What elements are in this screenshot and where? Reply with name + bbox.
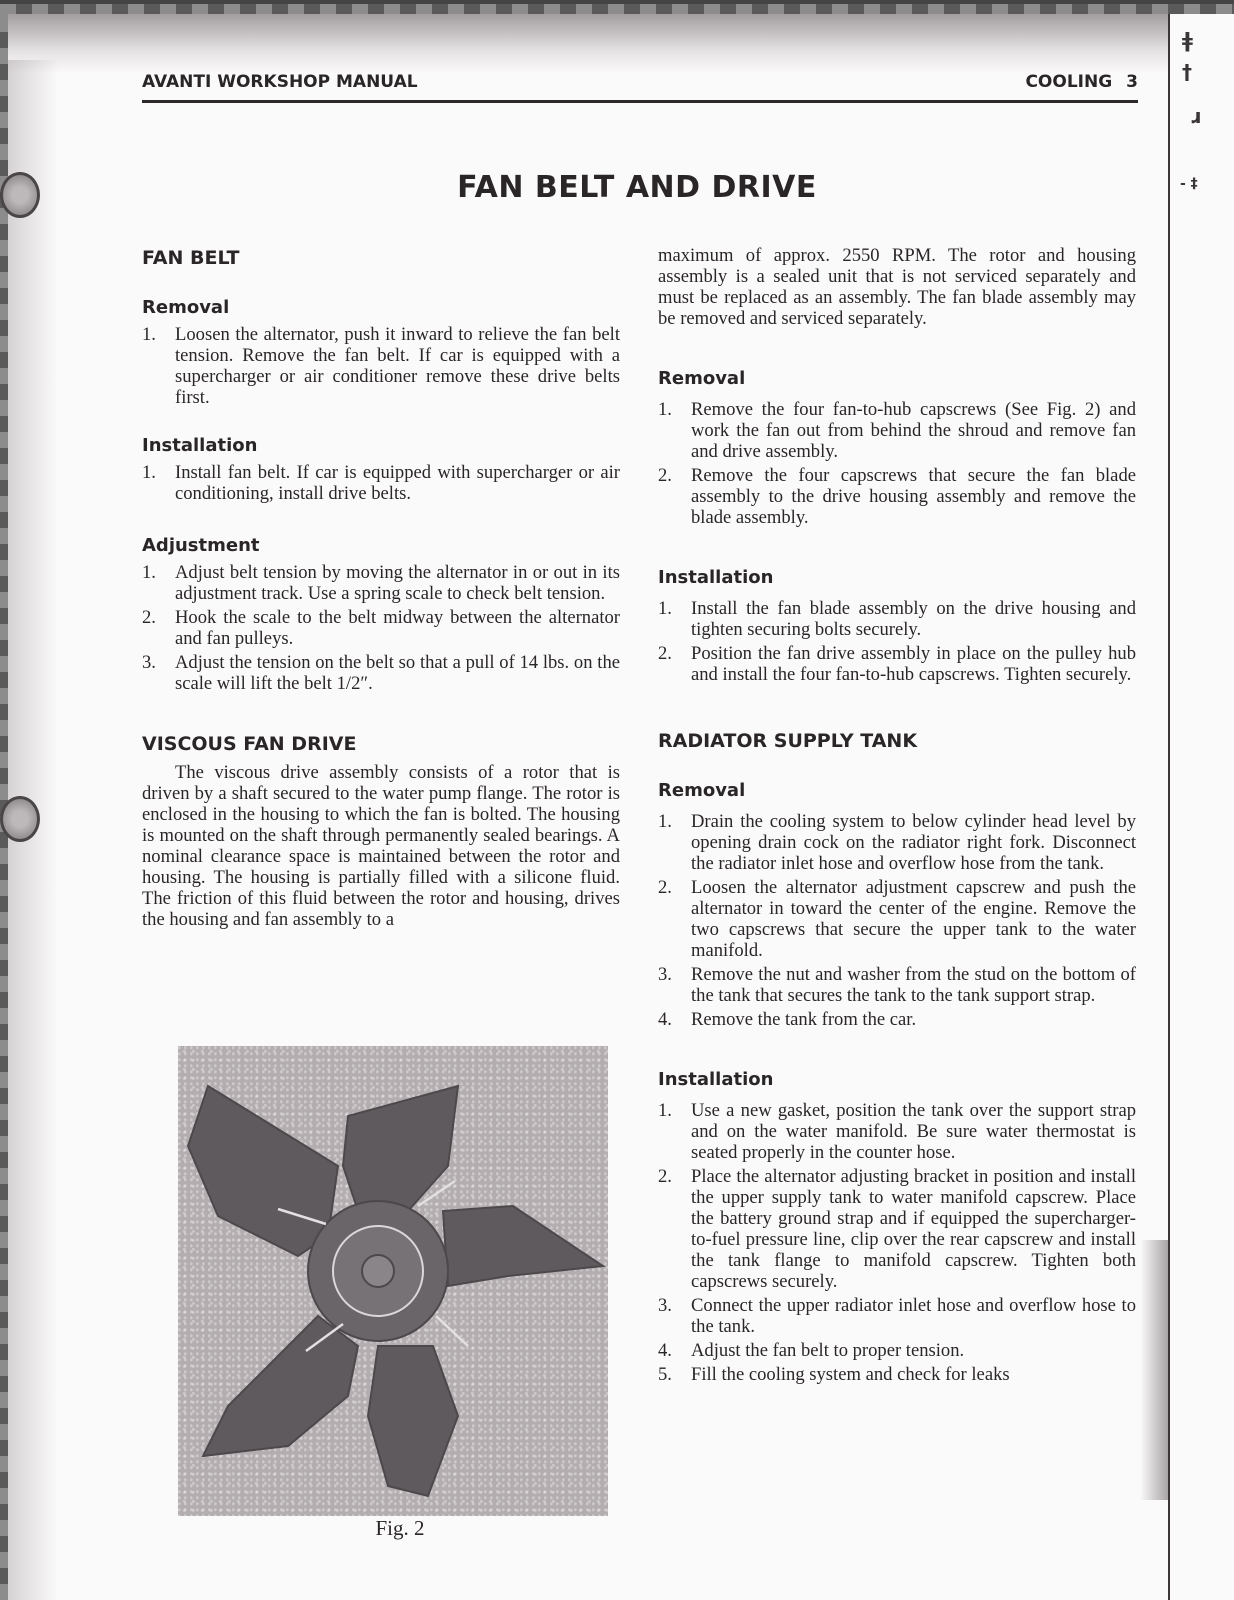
step-item: 1.Install the fan blade assembly on the …	[658, 598, 1136, 640]
manual-title: AVANTI WORKSHOP MANUAL	[142, 72, 418, 92]
margin-mark-icon: ǂ	[1182, 28, 1193, 52]
page-edge-margin	[1168, 14, 1234, 1600]
fan-belt-removal-steps: 1.Loosen the alternator, push it inward …	[142, 324, 620, 408]
step-item: 2.Remove the four capscrews that secure …	[658, 465, 1136, 528]
right-column: maximum of approx. 2550 RPM. The rotor a…	[658, 245, 1136, 1388]
fan-removal-steps: 1.Remove the four fan-to-hub capscrews (…	[658, 399, 1136, 528]
section-heading-viscous-fan-drive: VISCOUS FAN DRIVE	[142, 732, 620, 756]
subheading-fan-belt-adjustment: Adjustment	[142, 534, 620, 558]
margin-mark-icon: ɹ	[1190, 104, 1201, 128]
page-edge-shadow	[1140, 1240, 1168, 1500]
step-item: 3.Adjust the tension on the belt so that…	[142, 652, 620, 694]
step-item: 1.Adjust belt tension by moving the alte…	[142, 562, 620, 604]
scan-noise-top	[8, 14, 1168, 74]
viscous-fan-drive-description: The viscous drive assembly consists of a…	[142, 762, 620, 930]
step-item: 1.Use a new gasket, position the tank ov…	[658, 1100, 1136, 1163]
viscous-fan-drive-continuation: maximum of approx. 2550 RPM. The rotor a…	[658, 245, 1136, 329]
section-heading-fan-belt: FAN BELT	[142, 246, 620, 270]
punch-hole-icon	[0, 796, 40, 842]
subheading-tank-removal: Removal	[658, 779, 1136, 803]
page-number: 3	[1126, 72, 1138, 92]
step-item: 2.Hook the scale to the belt midway betw…	[142, 607, 620, 649]
step-item: 3.Remove the nut and washer from the stu…	[658, 964, 1136, 1006]
subheading-fan-belt-removal: Removal	[142, 296, 620, 320]
step-item: 5.Fill the cooling system and check for …	[658, 1364, 1136, 1385]
step-item: 1.Loosen the alternator, push it inward …	[142, 324, 620, 408]
figure-caption: Fig. 2	[340, 1516, 460, 1541]
fan-installation-steps: 1.Install the fan blade assembly on the …	[658, 598, 1136, 685]
tank-installation-steps: 1.Use a new gasket, position the tank ov…	[658, 1100, 1136, 1385]
tank-removal-steps: 1.Drain the cooling system to below cyli…	[658, 811, 1136, 1030]
subheading-fan-removal: Removal	[658, 367, 1136, 391]
step-item: 1.Install fan belt. If car is equipped w…	[142, 462, 620, 504]
step-item: 4.Remove the tank from the car.	[658, 1009, 1136, 1030]
margin-mark-icon: †	[1182, 60, 1192, 84]
step-item: 1.Remove the four fan-to-hub capscrews (…	[658, 399, 1136, 462]
step-item: 4.Adjust the fan belt to proper tension.	[658, 1340, 1136, 1361]
step-item: 2.Position the fan drive assembly in pla…	[658, 643, 1136, 685]
step-item: 2.Loosen the alternator adjustment capsc…	[658, 877, 1136, 961]
fan-belt-adjustment-steps: 1.Adjust belt tension by moving the alte…	[142, 562, 620, 694]
subheading-fan-installation: Installation	[658, 566, 1136, 590]
chapter-name: COOLING	[1025, 72, 1112, 92]
subheading-tank-installation: Installation	[658, 1068, 1136, 1092]
fan-blade-icon	[178, 1046, 608, 1516]
step-item: 2.Place the alternator adjusting bracket…	[658, 1166, 1136, 1292]
step-item: 3.Connect the upper radiator inlet hose …	[658, 1295, 1136, 1337]
left-column: FAN BELT Removal 1.Loosen the alternator…	[142, 246, 620, 930]
page-title: FAN BELT AND DRIVE	[0, 170, 1234, 205]
figure-fan-blade-photo	[178, 1046, 608, 1516]
section-heading-radiator-supply-tank: RADIATOR SUPPLY TANK	[658, 729, 1136, 753]
fan-belt-installation-steps: 1.Install fan belt. If car is equipped w…	[142, 462, 620, 504]
running-header: AVANTI WORKSHOP MANUAL COOLING 3	[142, 72, 1138, 103]
subheading-fan-belt-installation: Installation	[142, 434, 620, 458]
step-item: 1.Drain the cooling system to below cyli…	[658, 811, 1136, 874]
